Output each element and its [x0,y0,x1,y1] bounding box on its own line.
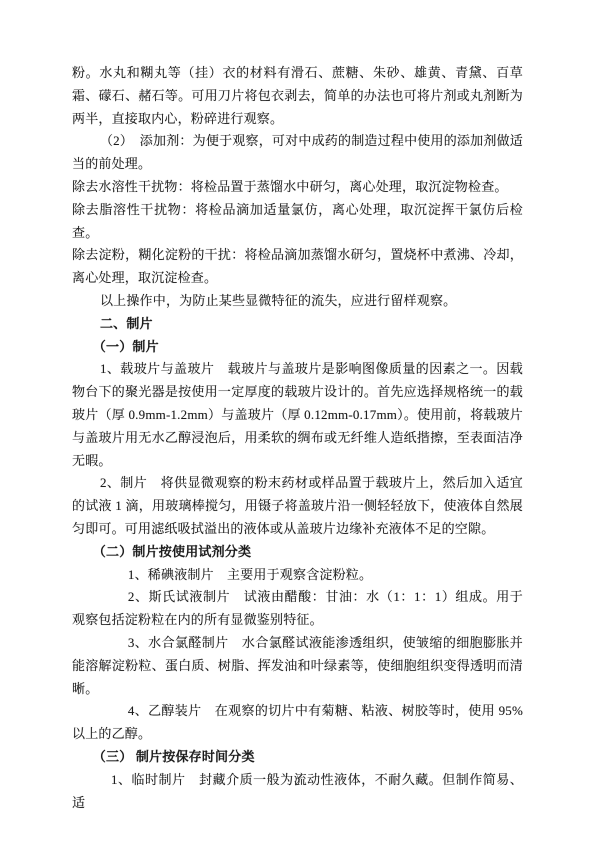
paragraph-dilute-iodine-mount: 1、稀碘液制片 主要用于观察含淀粉粒。 [72,564,523,587]
paragraph-slide-preparation: 2、制片 将供显微观察的粉末药材或样品置于载玻片上，然后加入适宜的试液 1 滴，… [72,472,523,540]
paragraph-chloral-hydrate-mount: 3、水合氯醛制片 水合氯醛试液能渗透组织，使皱缩的细胞膨胀并能溶解淀粉粒、蛋白质… [72,632,523,700]
paragraph-remove-starch: 除去淀粉，糊化淀粉的干扰：将检品滴加蒸馏水研匀，置烧杯中煮沸、冷却，离心处理，取… [72,244,523,290]
heading-section-2-slide-making: 二、制片 [72,313,523,336]
page-number: 2 [0,777,595,788]
paragraph-slides-and-coverslips: 1、载玻片与盖玻片 载玻片与盖玻片是影响图像质量的因素之一。因载物台下的聚光器是… [72,358,523,472]
heading-subsection-2-by-reagent: （二）制片按使用试剂分类 [72,541,523,564]
paragraph-retain-sample-note: 以上操作中，为防止某些显微特征的流失，应进行留样观察。 [72,290,523,313]
heading-subsection-3-by-duration: （三） 制片按保存时间分类 [72,746,523,769]
paragraph-remove-water-soluble: 除去水溶性干扰物：将检品置于蒸馏水中研匀，离心处理，取沉淀物检查。 [72,176,523,199]
paragraph-additives: （2） 添加剂：为便于观察，可对中成药的制造过程中使用的添加剂做适当的前处理。 [72,130,523,176]
paragraph-steiss-solution-mount: 2、斯氏试液制片 试液由醋酸：甘油：水（1：1：1）组成。用于观察包括淀粉粒在内… [72,586,523,632]
paragraph-ethanol-mount: 4、乙醇装片 在观察的切片中有菊糖、粘液、树胶等时，使用 95%以上的乙醇。 [72,700,523,746]
document-body: 粉。水丸和糊丸等（挂）衣的材料有滑石、蔗糖、朱砂、雄黄、青黛、百草霜、礞石、赭石… [72,62,523,814]
document-page: 粉。水丸和糊丸等（挂）衣的材料有滑石、蔗糖、朱砂、雄黄、青黛、百草霜、礞石、赭石… [0,0,595,842]
paragraph-remove-fat-soluble: 除去脂溶性干扰物：将检品滴加适量氯仿，离心处理，取沉淀挥干氯仿后检查。 [72,199,523,245]
paragraph-coating-materials: 粉。水丸和糊丸等（挂）衣的材料有滑石、蔗糖、朱砂、雄黄、青黛、百草霜、礞石、赭石… [72,62,523,130]
paragraph-temporary-mount: 1、临时制片 封藏介质一般为流动性液体，不耐久藏。但制作简易、适 [72,769,523,815]
heading-subsection-1-slide-making: （一）制片 [72,336,523,359]
